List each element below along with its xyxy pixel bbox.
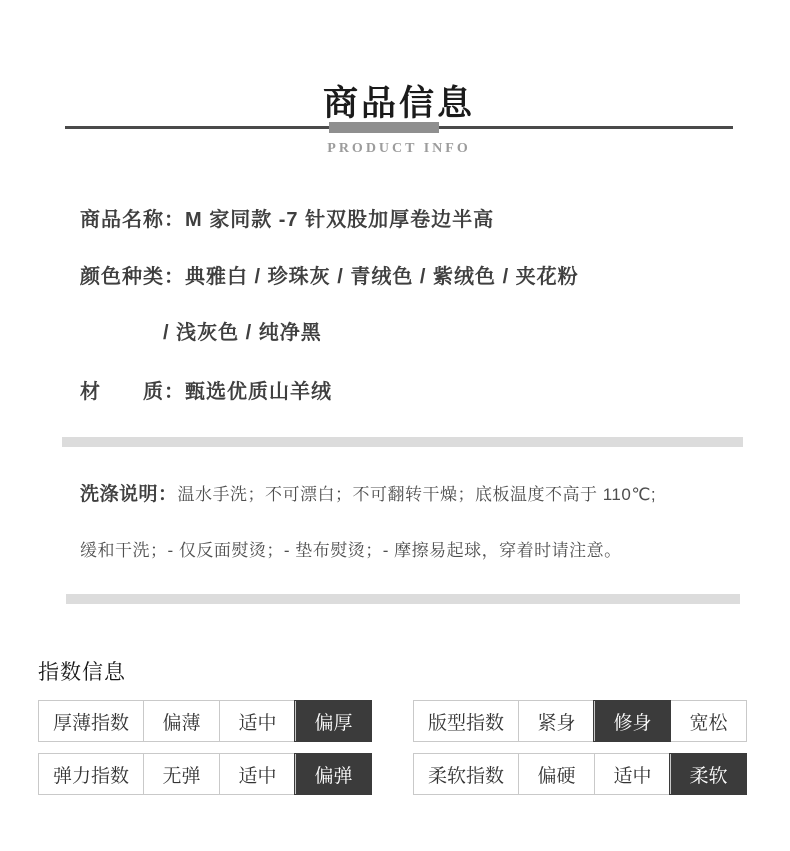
- section-divider-bottom: [66, 594, 740, 604]
- index-row-label: 版型指数: [414, 701, 518, 741]
- index-row-elasticity: 弹力指数 无弹 适中 偏弹: [38, 753, 372, 795]
- index-row-label: 厚薄指数: [39, 701, 143, 741]
- index-row-label: 弹力指数: [39, 754, 143, 794]
- page-subtitle: PRODUCT INFO: [65, 141, 733, 157]
- index-row-softness: 柔软指数 偏硬 适中 柔软: [413, 753, 747, 795]
- product-color-label: 颜色种类：: [80, 266, 185, 288]
- washing-text-2: 缓和干洗；- 仅反面熨烫；- 垫布熨烫；- 摩擦易起球，穿着时请注意。: [80, 541, 622, 560]
- product-color-line-1: 颜色种类：典雅白 / 珍珠灰 / 青绒色 / 紫绒色 / 夹花粉: [80, 260, 579, 289]
- index-option: 偏薄: [143, 701, 219, 741]
- index-option-selected: 偏厚: [295, 701, 371, 741]
- washing-line-1: 洗涤说明：温水手洗；不可漂白；不可翻转干燥；底板温度不高于 110℃;: [80, 479, 656, 506]
- index-option-selected: 修身: [594, 701, 670, 741]
- index-row-thickness: 厚薄指数 偏薄 适中 偏厚: [38, 700, 372, 742]
- page-title: 商品信息: [65, 76, 733, 126]
- index-row-label: 柔软指数: [414, 754, 518, 794]
- product-color-values-1: 典雅白 / 珍珠灰 / 青绒色 / 紫绒色 / 夹花粉: [185, 266, 579, 288]
- product-name-label: 商品名称：: [80, 209, 185, 231]
- product-material-value: 甄选优质山羊绒: [185, 381, 332, 403]
- washing-text-1: 温水手洗；不可漂白；不可翻转干燥；底板温度不高于 110℃;: [178, 485, 657, 504]
- index-option-selected: 柔软: [670, 754, 746, 794]
- product-color-line-2: / 浅灰色 / 纯净黑: [163, 316, 322, 345]
- index-option: 偏硬: [518, 754, 594, 794]
- index-option: 适中: [219, 701, 295, 741]
- index-row-fit: 版型指数 紧身 修身 宽松: [413, 700, 747, 742]
- index-option-selected: 偏弹: [295, 754, 371, 794]
- index-option: 宽松: [670, 701, 746, 741]
- product-name-value: M 家同款 -7 针双股加厚卷边半高: [185, 209, 494, 231]
- index-option: 无弹: [143, 754, 219, 794]
- product-info-page: 商品信息 PRODUCT INFO 商品名称：M 家同款 -7 针双股加厚卷边半…: [0, 0, 790, 851]
- product-color-values-2: / 浅灰色 / 纯净黑: [163, 322, 322, 344]
- product-material-line: 材 质：甄选优质山羊绒: [80, 375, 332, 404]
- index-section-title: 指数信息: [38, 656, 126, 686]
- product-name-line: 商品名称：M 家同款 -7 针双股加厚卷边半高: [80, 203, 494, 232]
- washing-line-2: 缓和干洗；- 仅反面熨烫；- 垫布熨烫；- 摩擦易起球，穿着时请注意。: [80, 536, 622, 561]
- index-option: 适中: [594, 754, 670, 794]
- header-accent-bar: [329, 122, 439, 133]
- index-option: 适中: [219, 754, 295, 794]
- washing-label: 洗涤说明：: [80, 484, 178, 505]
- section-divider-top: [62, 437, 743, 447]
- index-option: 紧身: [518, 701, 594, 741]
- product-material-label: 材 质：: [80, 381, 185, 403]
